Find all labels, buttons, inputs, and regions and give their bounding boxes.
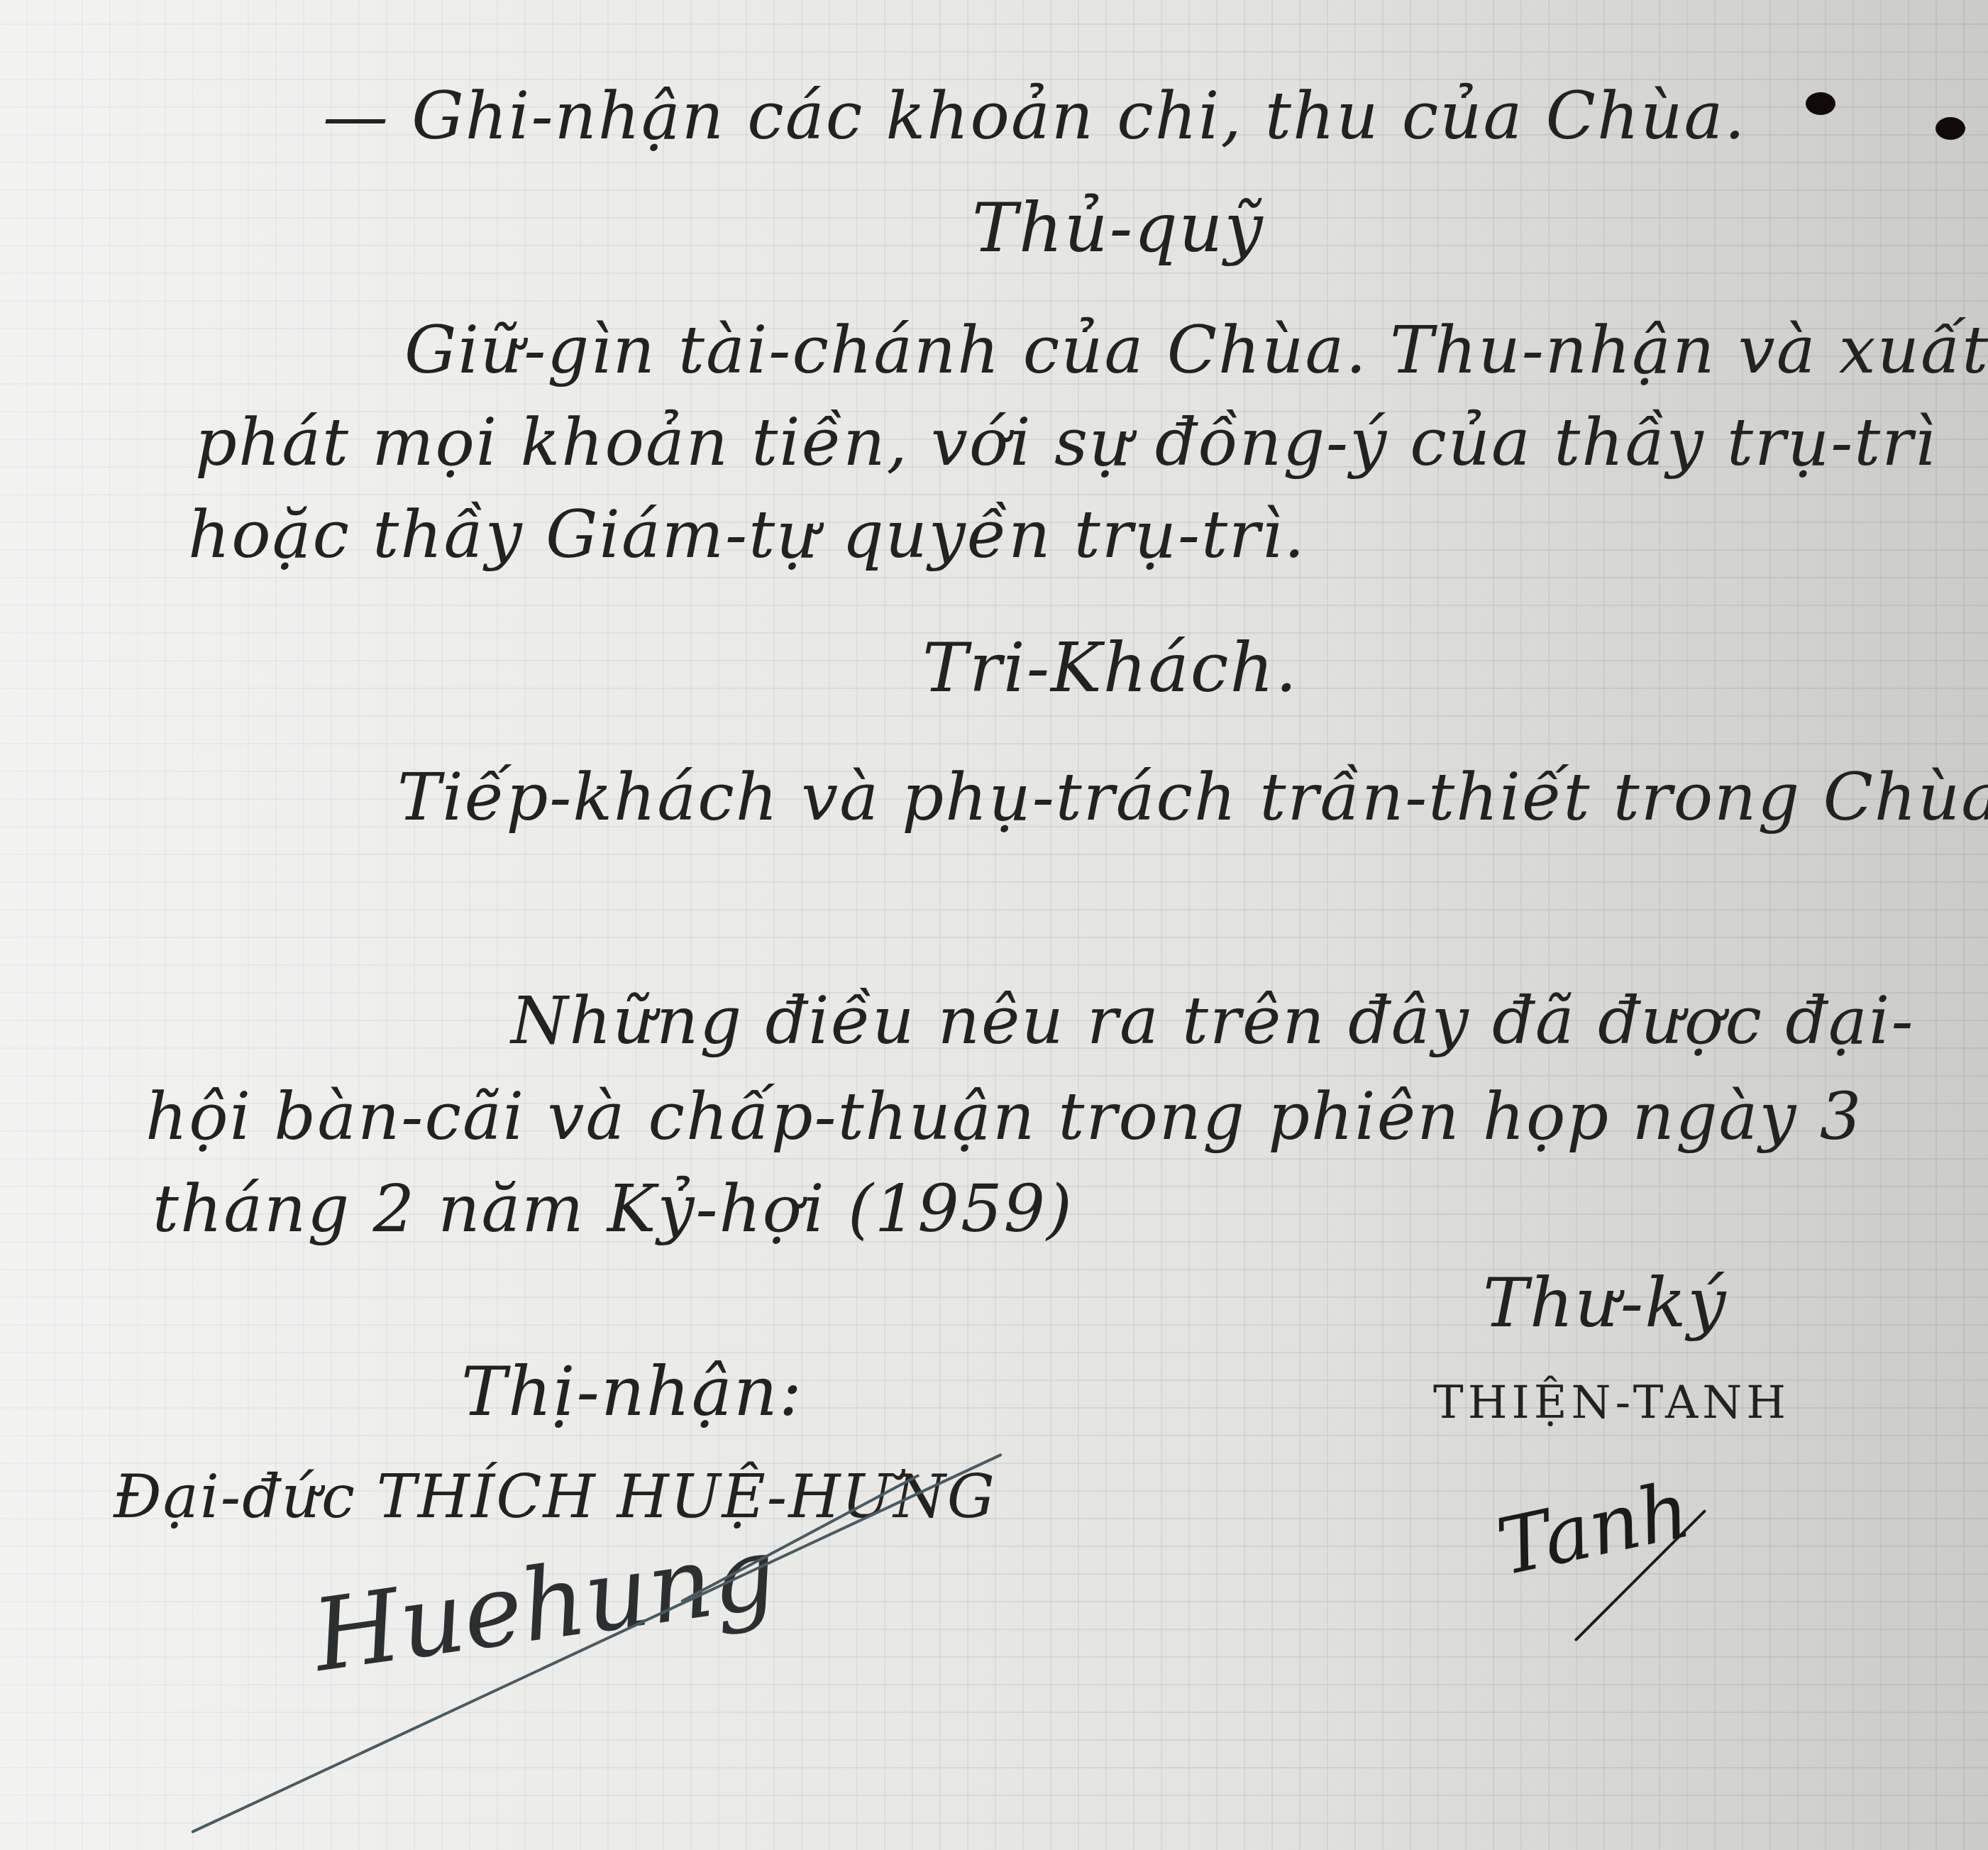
secretary-signature: Tanh <box>1490 1464 1698 1593</box>
witness-role: Thị-nhận: <box>461 1352 803 1431</box>
witness-name: Đại-đức THÍCH HUỆ-HƯNG <box>114 1462 996 1531</box>
section-title-guest-master: Tri-Khách. <box>922 628 1298 707</box>
treasurer-body-line-1: Giữ-gìn tài-chánh của Chùa. Thu-nhận và … <box>404 312 1988 388</box>
secretary-name: THIỆN-TANH <box>1433 1377 1790 1429</box>
guest-master-body-line-1: Tiếp-khách và phụ-trách trần-thiết trong… <box>397 759 1988 835</box>
document-page: — Ghi-nhận các khoản chi, thu của Chùa. … <box>0 0 1988 1850</box>
treasurer-body-line-2: phát mọi khoản tiền, với sự đồng-ý của t… <box>195 404 1937 480</box>
closing-line-2: hội bàn-cãi và chấp-thuận trong phiên họ… <box>145 1079 1862 1155</box>
section-title-treasurer: Thủ-quỹ <box>972 188 1264 268</box>
ink-dot <box>1806 92 1835 115</box>
closing-line-3: tháng 2 năm Kỷ-hợi (1959) <box>153 1171 1073 1247</box>
closing-line-1: Những điều nêu ra trên đây đã được đại- <box>511 983 1914 1059</box>
treasurer-body-line-3: hoặc thầy Giám-tự quyền trụ-trì. <box>188 497 1306 573</box>
intro-line: — Ghi-nhận các khoản chi, thu của Chùa. <box>323 78 1747 154</box>
secretary-role: Thư-ký <box>1483 1263 1728 1343</box>
ink-dot <box>1935 117 1965 140</box>
